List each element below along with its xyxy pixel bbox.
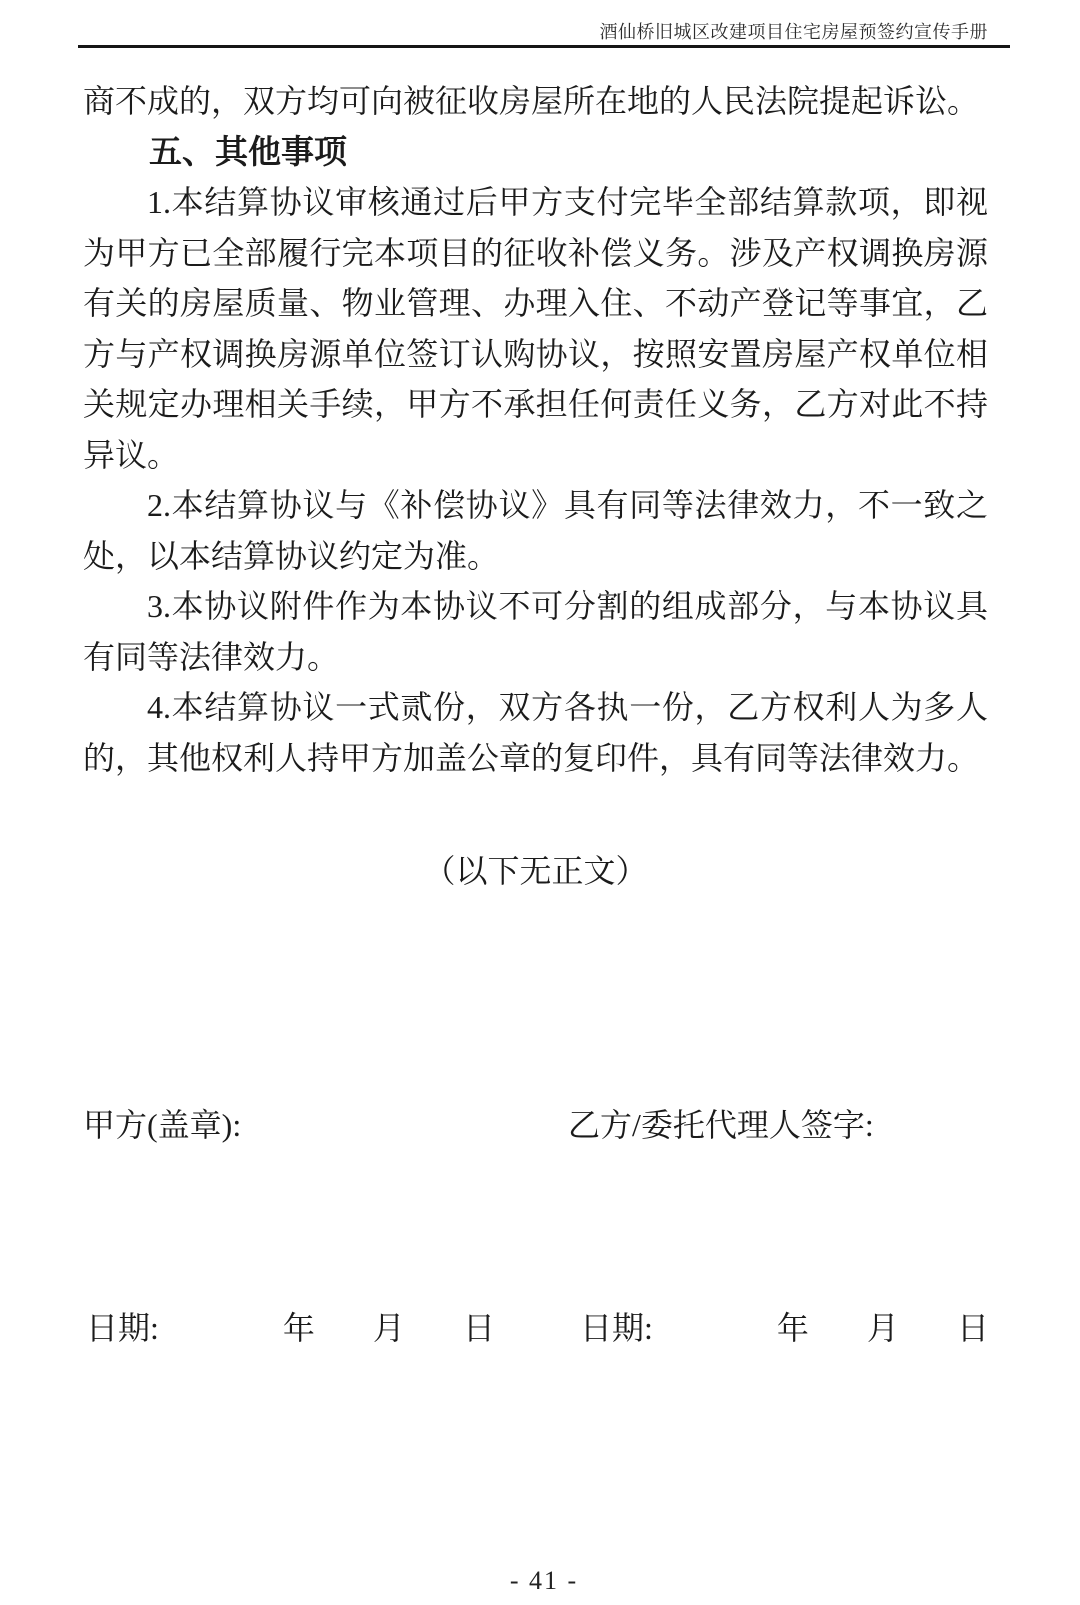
document-page: 酒仙桥旧城区改建项目住宅房屋预签约宣传手册 商不成的，双方均可向被征收房屋所在地… <box>0 0 1080 1605</box>
party-a-seal-label: 甲方(盖章): <box>83 1100 241 1146</box>
signature-row: 甲方(盖章): 乙方/委托代理人签字: <box>83 1100 988 1150</box>
document-body: 商不成的，双方均可向被征收房屋所在地的人民法院提起诉讼。 五、其他事项 1.本结… <box>83 76 988 783</box>
paragraph-continuation: 商不成的，双方均可向被征收房屋所在地的人民法院提起诉讼。 <box>83 76 988 127</box>
date-label: 日期: <box>86 1310 159 1346</box>
clause-2: 2.本结算协议与《补偿协议》具有同等法律效力，不一致之处，以本结算协议约定为准。 <box>83 480 988 581</box>
year-label: 年 <box>777 1310 809 1346</box>
month-label: 月 <box>373 1310 405 1346</box>
no-more-text-notice: （以下无正文） <box>83 846 988 892</box>
party-b-date-line: 日期: 年 月 日 <box>580 1303 989 1349</box>
page-number: - 41 - <box>78 1566 1010 1596</box>
year-label: 年 <box>283 1310 315 1346</box>
clause-3: 3.本协议附件作为本协议不可分割的组成部分，与本协议具有同等法律效力。 <box>83 581 988 682</box>
day-label: 日 <box>463 1310 495 1346</box>
date-row: 日期: 年 月 日 日期: 年 月 日 <box>83 1303 988 1348</box>
section-heading-other-matters: 五、其他事项 <box>83 127 988 178</box>
day-label: 日 <box>957 1310 989 1346</box>
party-a-date-line: 日期: 年 月 日 <box>86 1303 495 1349</box>
party-b-signature-label: 乙方/委托代理人签字: <box>568 1100 874 1146</box>
page-header-title: 酒仙桥旧城区改建项目住宅房屋预签约宣传手册 <box>78 18 988 44</box>
header-divider-rule <box>78 45 1010 48</box>
month-label: 月 <box>867 1310 899 1346</box>
clause-4: 4.本结算协议一式贰份，双方各执一份，乙方权利人为多人的，其他权利人持甲方加盖公… <box>83 682 988 783</box>
date-label: 日期: <box>580 1310 653 1346</box>
clause-1: 1.本结算协议审核通过后甲方支付完毕全部结算款项，即视为甲方已全部履行完本项目的… <box>83 177 988 480</box>
